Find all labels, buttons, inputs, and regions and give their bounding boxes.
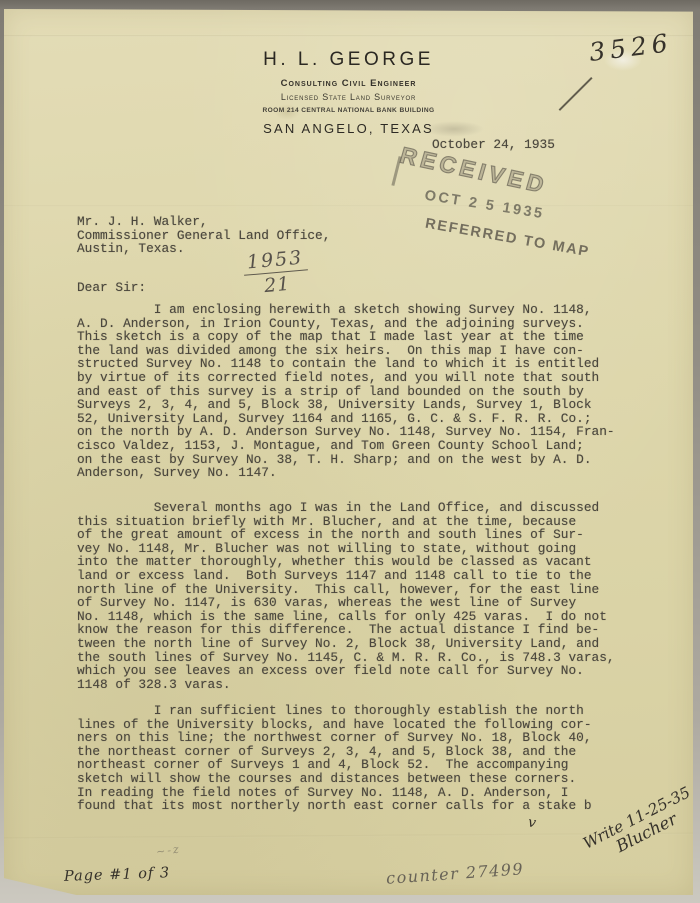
write-reminder-note: Write 11-25-35 Blucher [581,784,700,868]
handwritten-file-fraction: 1953 21 [242,246,310,298]
salutation: Dear Sir: [77,281,146,295]
letterhead-title-surveyor: Licensed State Land Surveyor [4,92,693,102]
pencil-scribble: ~-z [155,842,181,858]
paper-crease [4,205,693,207]
letter-date: October 24, 1935 [432,138,555,152]
referred-to-map-stamp: REFERRED TO MAP [424,216,591,261]
letterhead-city: SAN ANGELO, TEXAS [4,121,693,136]
paper-crease [4,35,693,37]
letter-paragraph-3: I ran sufficient lines to thoroughly est… [77,704,592,813]
counter-number-note: counter 27499 [386,859,525,888]
letter-page: H. L. GEORGE Consulting Civil Engineer L… [4,9,693,895]
file-fraction-denominator: 21 [244,270,310,299]
letterhead-office-address: ROOM 214 CENTRAL NATIONAL BANK BUILDING [4,107,693,114]
page-number-note: Page #1 of 3 [64,865,171,885]
letter-paragraph-1: I am enclosing herewith a sketch showing… [77,303,615,480]
scanned-letter-background: H. L. GEORGE Consulting Civil Engineer L… [0,0,700,903]
letter-paragraph-2: Several months ago I was in the Land Off… [77,501,615,691]
check-mark: v [527,815,537,832]
